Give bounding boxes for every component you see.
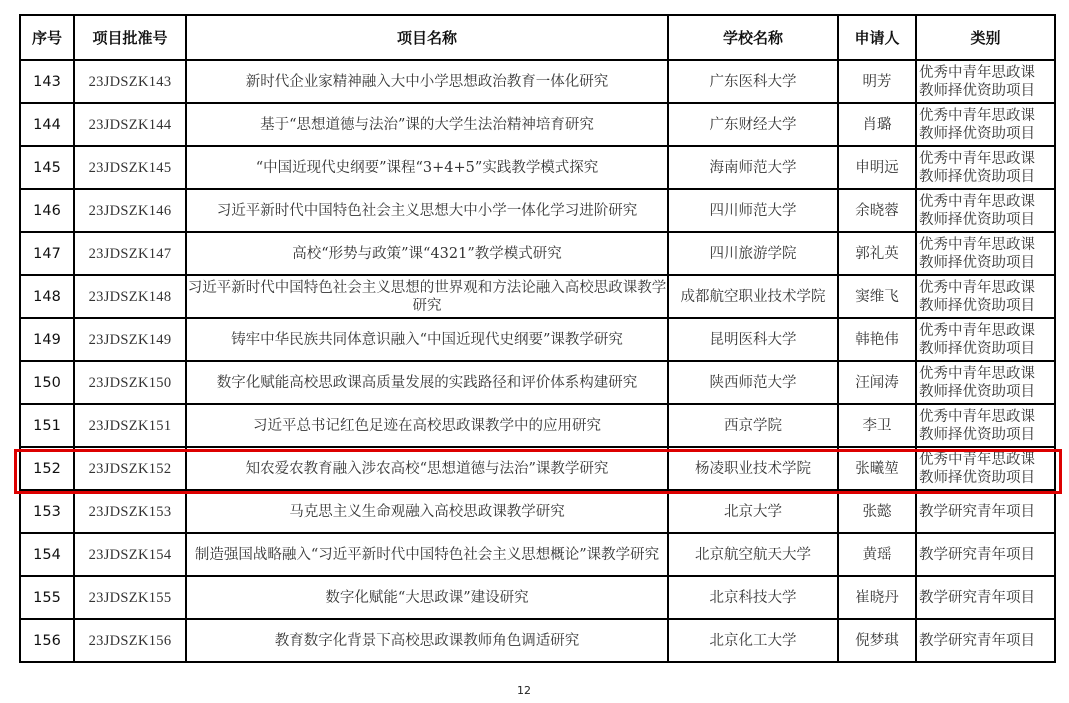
table-row: 15423JDSZK154制造强国战略融入“习近平新时代中国特色社会主义思想概论… (20, 533, 1055, 576)
project-title: 高校“形势与政策”课“4321”教学模式研究 (186, 232, 668, 275)
row-number: 155 (20, 576, 74, 619)
table-row: 14423JDSZK144基于“思想道德与法治”课的大学生法治精神培育研究广东财… (20, 103, 1055, 146)
project-code: 23JDSZK149 (74, 318, 186, 361)
row-number: 148 (20, 275, 74, 318)
applicant-name: 崔晓丹 (838, 576, 916, 619)
project-title: 习近平新时代中国特色社会主义思想大中小学一体化学习进阶研究 (186, 189, 668, 232)
project-table: 序号 项目批准号 项目名称 学校名称 申请人 类别 14323JDSZK143新… (19, 14, 1056, 663)
project-title: “中国近现代史纲要”课程“3+4+5”实践教学模式探究 (186, 146, 668, 189)
header-school: 学校名称 (668, 15, 838, 60)
row-number: 154 (20, 533, 74, 576)
applicant-name: 余晓蓉 (838, 189, 916, 232)
school-name: 昆明医科大学 (668, 318, 838, 361)
school-name: 北京大学 (668, 490, 838, 533)
project-title: 数字化赋能“大思政课”建设研究 (186, 576, 668, 619)
project-category: 优秀中青年思政课 教师择优资助项目 (916, 232, 1055, 275)
row-number: 151 (20, 404, 74, 447)
table-row: 14523JDSZK145“中国近现代史纲要”课程“3+4+5”实践教学模式探究… (20, 146, 1055, 189)
table-row: 14823JDSZK148习近平新时代中国特色社会主义思想的世界观和方法论融入高… (20, 275, 1055, 318)
applicant-name: 窦维飞 (838, 275, 916, 318)
row-number: 146 (20, 189, 74, 232)
project-title: 基于“思想道德与法治”课的大学生法治精神培育研究 (186, 103, 668, 146)
applicant-name: 倪梦琪 (838, 619, 916, 662)
applicant-name: 李卫 (838, 404, 916, 447)
row-number: 144 (20, 103, 74, 146)
table-row: 15123JDSZK151习近平总书记红色足迹在高校思政课教学中的应用研究西京学… (20, 404, 1055, 447)
school-name: 陕西师范大学 (668, 361, 838, 404)
school-name: 广东财经大学 (668, 103, 838, 146)
project-code: 23JDSZK155 (74, 576, 186, 619)
school-name: 北京航空航天大学 (668, 533, 838, 576)
project-category: 优秀中青年思政课 教师择优资助项目 (916, 60, 1055, 103)
applicant-name: 郭礼英 (838, 232, 916, 275)
project-code: 23JDSZK153 (74, 490, 186, 533)
project-code: 23JDSZK154 (74, 533, 186, 576)
project-code: 23JDSZK147 (74, 232, 186, 275)
applicant-name: 明芳 (838, 60, 916, 103)
table-row: 15023JDSZK150数字化赋能高校思政课高质量发展的实践路径和评价体系构建… (20, 361, 1055, 404)
project-code: 23JDSZK146 (74, 189, 186, 232)
table-row: 14323JDSZK143新时代企业家精神融入大中小学思想政治教育一体化研究广东… (20, 60, 1055, 103)
project-category: 优秀中青年思政课 教师择优资助项目 (916, 103, 1055, 146)
project-category: 教学研究青年项目 (916, 576, 1055, 619)
row-number: 152 (20, 447, 74, 490)
table-header-row: 序号 项目批准号 项目名称 学校名称 申请人 类别 (20, 15, 1055, 60)
project-title: 数字化赋能高校思政课高质量发展的实践路径和评价体系构建研究 (186, 361, 668, 404)
project-category: 优秀中青年思政课 教师择优资助项目 (916, 146, 1055, 189)
row-number: 149 (20, 318, 74, 361)
project-title: 习近平新时代中国特色社会主义思想的世界观和方法论融入高校思政课教学研究 (186, 275, 668, 318)
applicant-name: 肖璐 (838, 103, 916, 146)
school-name: 西京学院 (668, 404, 838, 447)
row-number: 150 (20, 361, 74, 404)
applicant-name: 黄瑶 (838, 533, 916, 576)
header-no: 序号 (20, 15, 74, 60)
school-name: 北京科技大学 (668, 576, 838, 619)
table-row: 15323JDSZK153马克思主义生命观融入高校思政课教学研究北京大学张懿教学… (20, 490, 1055, 533)
applicant-name: 申明远 (838, 146, 916, 189)
project-code: 23JDSZK144 (74, 103, 186, 146)
row-number: 147 (20, 232, 74, 275)
project-title: 教育数字化背景下高校思政课教师角色调适研究 (186, 619, 668, 662)
table-row: 15623JDSZK156教育数字化背景下高校思政课教师角色调适研究北京化工大学… (20, 619, 1055, 662)
project-title: 知农爱农教育融入涉农高校“思想道德与法治”课教学研究 (186, 447, 668, 490)
applicant-name: 张懿 (838, 490, 916, 533)
project-code: 23JDSZK150 (74, 361, 186, 404)
project-code: 23JDSZK143 (74, 60, 186, 103)
project-code: 23JDSZK156 (74, 619, 186, 662)
project-code: 23JDSZK145 (74, 146, 186, 189)
school-name: 广东医科大学 (668, 60, 838, 103)
project-category: 优秀中青年思政课 教师择优资助项目 (916, 447, 1055, 490)
project-title: 习近平总书记红色足迹在高校思政课教学中的应用研究 (186, 404, 668, 447)
school-name: 北京化工大学 (668, 619, 838, 662)
project-category: 教学研究青年项目 (916, 619, 1055, 662)
school-name: 四川旅游学院 (668, 232, 838, 275)
project-code: 23JDSZK152 (74, 447, 186, 490)
header-code: 项目批准号 (74, 15, 186, 60)
header-title: 项目名称 (186, 15, 668, 60)
school-name: 成都航空职业技术学院 (668, 275, 838, 318)
school-name: 海南师范大学 (668, 146, 838, 189)
table-row: 15223JDSZK152知农爱农教育融入涉农高校“思想道德与法治”课教学研究杨… (20, 447, 1055, 490)
project-category: 优秀中青年思政课 教师择优资助项目 (916, 275, 1055, 318)
table-row: 15523JDSZK155数字化赋能“大思政课”建设研究北京科技大学崔晓丹教学研… (20, 576, 1055, 619)
table-row: 14923JDSZK149铸牢中华民族共同体意识融入“中国近现代史纲要”课教学研… (20, 318, 1055, 361)
project-code: 23JDSZK148 (74, 275, 186, 318)
project-category: 教学研究青年项目 (916, 533, 1055, 576)
project-category: 教学研究青年项目 (916, 490, 1055, 533)
project-title: 新时代企业家精神融入大中小学思想政治教育一体化研究 (186, 60, 668, 103)
applicant-name: 汪闻涛 (838, 361, 916, 404)
project-category: 优秀中青年思政课 教师择优资助项目 (916, 189, 1055, 232)
school-name: 四川师范大学 (668, 189, 838, 232)
project-title: 制造强国战略融入“习近平新时代中国特色社会主义思想概论”课教学研究 (186, 533, 668, 576)
table-row: 14723JDSZK147高校“形势与政策”课“4321”教学模式研究四川旅游学… (20, 232, 1055, 275)
school-name: 杨凌职业技术学院 (668, 447, 838, 490)
row-number: 153 (20, 490, 74, 533)
project-title: 马克思主义生命观融入高校思政课教学研究 (186, 490, 668, 533)
project-title: 铸牢中华民族共同体意识融入“中国近现代史纲要”课教学研究 (186, 318, 668, 361)
row-number: 145 (20, 146, 74, 189)
project-category: 优秀中青年思政课 教师择优资助项目 (916, 318, 1055, 361)
table-row: 14623JDSZK146习近平新时代中国特色社会主义思想大中小学一体化学习进阶… (20, 189, 1055, 232)
project-category: 优秀中青年思政课 教师择优资助项目 (916, 404, 1055, 447)
page-number: 12 (517, 684, 531, 697)
project-category: 优秀中青年思政课 教师择优资助项目 (916, 361, 1055, 404)
applicant-name: 韩艳伟 (838, 318, 916, 361)
header-person: 申请人 (838, 15, 916, 60)
project-code: 23JDSZK151 (74, 404, 186, 447)
header-category: 类别 (916, 15, 1055, 60)
row-number: 143 (20, 60, 74, 103)
row-number: 156 (20, 619, 74, 662)
applicant-name: 张曦堃 (838, 447, 916, 490)
